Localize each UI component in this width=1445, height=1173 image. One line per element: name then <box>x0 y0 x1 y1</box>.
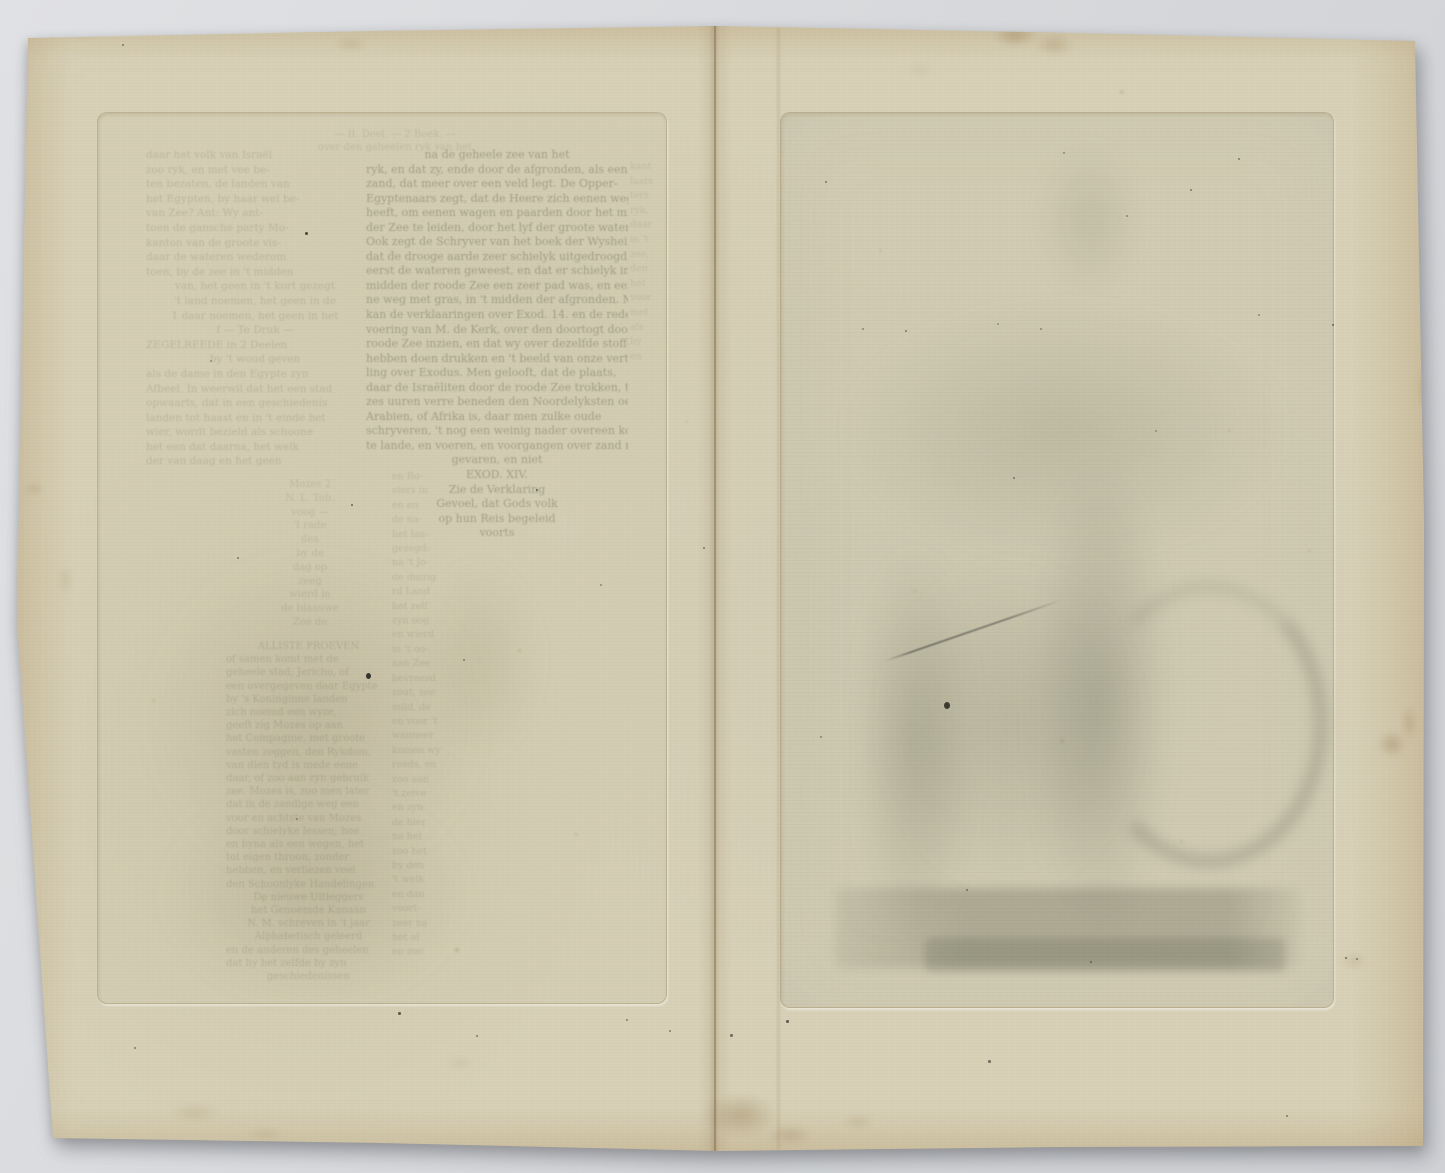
ghost-text-line: landen tot haast en in 't einde het <box>146 411 364 426</box>
ghost-text-line: opwaarts, dat in een geschiedenis <box>146 396 364 411</box>
ghost-text-line: als de dame in den Egypte zyn <box>146 367 364 382</box>
folded-antique-sheet: — II. Deel. — 2 Boek. —over den geheelen… <box>0 0 1445 1173</box>
ink-speck <box>1063 152 1065 154</box>
ink-speck <box>944 702 950 709</box>
ghost-text-line: zand, dat meer over een veld legt. De Op… <box>366 177 628 192</box>
ink-speck <box>988 1060 991 1063</box>
ghost-text-line: ZEGELREEDE in 2 Deelen <box>146 338 364 353</box>
foxing-dot <box>575 833 578 836</box>
ghost-text-line: te lande, en voeren, en voorgangen over … <box>366 439 628 454</box>
ghost-text-fold-fragments: kantlaatstersryk,daarin 'tzee,denhetvoor… <box>630 160 664 364</box>
foxing-dot <box>685 420 688 423</box>
ink-speck <box>862 328 864 330</box>
ghost-text-line: aan Zee <box>392 657 448 671</box>
ghost-text-line: ling over Exodus. Men gelooft, dat de pl… <box>366 366 628 381</box>
ink-speck <box>398 1012 401 1015</box>
ghost-text-line: een overgegeven daar Egypte <box>226 680 391 693</box>
foxing-stain <box>70 28 96 40</box>
ghost-text-line: by de <box>235 547 385 561</box>
ghost-text-line: voog — <box>235 506 385 520</box>
ghost-text-line: van Zee? Ant: Wy ant- <box>146 206 364 221</box>
ghost-text-line: dag op <box>235 561 385 575</box>
ghost-text-line: ten bezaten, de landen van <box>146 177 364 192</box>
ghost-text-line: zes uuren verre beneden den Noordelykste… <box>366 395 628 410</box>
ghost-text-line: mild, de <box>392 701 448 715</box>
ghost-text-line: 1 daar noemen, het geen in het <box>146 309 364 324</box>
ghost-text-line: gevaren, en niet <box>366 453 628 468</box>
ghost-text-line: 't rade <box>235 519 385 533</box>
ghost-image-crescent-arc <box>1090 580 1328 868</box>
ghost-text-line: by <box>630 335 664 350</box>
ink-speck <box>1126 215 1128 217</box>
ghost-text-line: vasten zeggen, den Rykdom, <box>226 746 391 759</box>
ghost-text-line: van dien tyd is mede eene <box>226 759 391 772</box>
ghost-text-line: voort- <box>392 902 448 916</box>
ghost-text-line: met <box>630 306 664 321</box>
ink-speck <box>927 1155 929 1157</box>
ghost-text-middle-list: Mozes 2N. L. Tob.voog —'t radedeaby deda… <box>235 478 385 630</box>
ghost-text-line: en byna als een wegen, het <box>226 838 391 851</box>
ghost-text-line: geeft zig Mozes op aan <box>226 719 391 732</box>
ink-speck <box>366 673 371 679</box>
ghost-text-line: en dan <box>392 888 448 902</box>
foxing-dot <box>152 699 155 702</box>
ghost-text-lower-column: ALLISTE PROEVENof samen komt met degehee… <box>226 640 391 983</box>
ghost-text-line: de hier <box>392 816 448 830</box>
ink-speck <box>905 330 907 332</box>
ghost-text-line: 't land noemen, het geen in de <box>146 294 364 309</box>
foxing-stain <box>440 1055 480 1071</box>
ghost-text-line: — II. Deel. — 2 Boek. — <box>230 128 560 141</box>
ghost-text-line: wanneer <box>392 729 448 743</box>
ghost-text-line: dat de drooge aarde zeer schielyk uitged… <box>366 250 628 265</box>
foxing-stain <box>55 560 75 600</box>
ink-speck <box>825 181 827 183</box>
ink-speck <box>786 1020 789 1023</box>
ghost-text-line: den Schoonlyke Handelingen <box>226 878 391 891</box>
ghost-text-line: 't welk <box>392 873 448 887</box>
foxing-stain <box>1336 950 1372 972</box>
ghost-text-line: als <box>630 321 664 336</box>
ghost-text-line: sters in <box>392 484 448 498</box>
foxing-stain <box>160 1100 230 1126</box>
ghost-text-line: gezegd: <box>392 542 448 556</box>
ghost-text-line: ne weg met gras, in 't midden der afgron… <box>366 293 628 308</box>
ghost-text-line: schryveren, 't nog een weinig nader over… <box>366 424 628 439</box>
ghost-text-line: van, het geen in 't kort gezegt <box>146 279 364 294</box>
ghost-text-line: by den <box>392 859 448 873</box>
ghost-text-line: kant <box>630 160 664 175</box>
ghost-text-line: De nieuwe Uitleggers <box>226 891 391 904</box>
ink-speck <box>237 557 239 559</box>
ghost-text-line: na 't Jo- <box>392 556 448 570</box>
ghost-text-line: eerst de wateren geweest, en dat er schi… <box>366 264 628 279</box>
secondary-crease <box>777 28 780 1150</box>
ghost-text-line: na de geheele zee van het <box>366 148 628 163</box>
ghost-text-line: laats <box>630 175 664 190</box>
ghost-text-line: het zelf <box>392 600 448 614</box>
ink-speck <box>820 736 822 738</box>
ghost-text-line: hebben doen drukken en 't beeld van onze… <box>366 352 628 367</box>
ghost-text-line: zout, zee <box>392 686 448 700</box>
ghost-text-line: en zyn <box>392 801 448 815</box>
ghost-text-edge-column: en Ro-sters inen ende na-het lan-gezegd:… <box>392 470 448 960</box>
ghost-text-line: en wierd <box>392 628 448 642</box>
ink-speck <box>351 504 353 506</box>
foxing-stain <box>1415 360 1429 420</box>
ghost-text-line: en zoo <box>392 945 448 959</box>
ghost-text-line: zee. Mozes is, zoo men later <box>226 785 391 798</box>
ghost-image-bottom-band-dark <box>925 938 1285 972</box>
ink-speck <box>536 489 538 491</box>
ghost-text-line: Mozes 2 <box>235 478 385 492</box>
ink-speck <box>1286 1115 1288 1117</box>
ghost-text-line: geschiedenissen <box>226 970 391 983</box>
foxing-dot <box>390 250 393 253</box>
photo-background: — II. Deel. — 2 Boek. —over den geheelen… <box>0 0 1445 1173</box>
ink-speck <box>966 889 968 891</box>
ghost-text-line: het een dat daarna, het welk <box>146 440 364 455</box>
ghost-text-line: de duizig <box>392 571 448 585</box>
ghost-text-line: dat in de zandige weg een <box>226 798 391 811</box>
ghost-text-line: het <box>630 277 664 292</box>
ink-speck <box>1040 328 1042 330</box>
ghost-text-line: reeds, en <box>392 758 448 772</box>
foxing-dot <box>518 649 521 652</box>
ghost-text-line: voor <box>630 291 664 306</box>
ghost-text-line: zoo aan <box>392 773 448 787</box>
ghost-text-line: voering van M. de Kerk, over den doortog… <box>366 323 628 338</box>
ghost-text-line: zoo het <box>392 845 448 859</box>
foxing-stain <box>330 36 372 52</box>
ghost-text-line: de blaauwe <box>235 602 385 616</box>
ghost-text-line: zich noemd een wyze, <box>226 706 391 719</box>
ghost-text-line: der van daag en het geen <box>146 454 364 469</box>
ghost-text-line: dea <box>235 533 385 547</box>
ghost-text-line: door schielyke lessen; hoe <box>226 825 391 838</box>
ghost-text-line: zoo ryk, en met vee be- <box>146 163 364 178</box>
ghost-text-line: na het <box>392 830 448 844</box>
ghost-text-line: Ook zegt de Schryver van het boek der Wy… <box>366 235 628 250</box>
ghost-text-line: roode Zee inzien, en dat wy over dezelfd… <box>366 337 628 352</box>
ghost-text-line: het Genoemde Kanaän <box>226 904 391 917</box>
ghost-text-line: der Zee te leiden, door het lyf der groo… <box>366 221 628 236</box>
ghost-text-line: hebben, en verliezen veel <box>226 864 391 877</box>
ghost-text-line: voor en achtste van Mozes <box>226 812 391 825</box>
ghost-text-line: Arabien, of Afrika is, daar men zulke ou… <box>366 410 628 425</box>
foxing-dot <box>455 948 459 952</box>
ghost-text-line: en en <box>392 499 448 513</box>
foxing-dot <box>1060 739 1064 743</box>
foxing-stain <box>1028 30 1080 60</box>
ghost-text-line: het lan- <box>392 528 448 542</box>
ink-speck <box>296 818 298 820</box>
foxing-stain <box>900 60 940 80</box>
ink-speck <box>210 360 212 362</box>
ink-speck <box>1345 957 1347 959</box>
foxing-stain <box>760 1120 820 1150</box>
ink-speck <box>463 659 465 661</box>
ghost-text-line: ALLISTE PROEVEN <box>226 640 391 653</box>
ink-speck <box>1013 477 1015 479</box>
ink-speck <box>1332 324 1334 326</box>
ghost-text-line: daar de wateren wederom <box>146 250 364 265</box>
ghost-text-line: kanton van de groote vis- <box>146 236 364 251</box>
center-fold-crease <box>714 24 716 1152</box>
ghost-text-line: in 't oo- <box>392 643 448 657</box>
ghost-text-line: N. L. Tob. <box>235 492 385 506</box>
ghost-text-line: 't zelve <box>392 787 448 801</box>
ghost-text-line: kan de verklaaringen over Exod. 14. en d… <box>366 308 628 323</box>
ink-speck <box>600 584 602 586</box>
ghost-text-line: komen wy <box>392 744 448 758</box>
foxing-dot <box>1308 549 1311 552</box>
sheet-shadow: — II. Deel. — 2 Boek. —over den geheelen… <box>0 0 1445 1173</box>
ghost-text-line: en voor 't <box>392 715 448 729</box>
ink-speck <box>626 1019 628 1021</box>
foxing-dot <box>879 249 882 252</box>
foxing-stain <box>20 480 48 498</box>
ghost-text-line: zee, <box>630 248 664 263</box>
ink-speck <box>703 547 705 549</box>
ghost-text-line: het Compagnie, met groote <box>226 732 391 745</box>
ink-speck <box>669 1030 671 1032</box>
foxing-dot <box>1228 429 1231 432</box>
ghost-text-line: den <box>630 262 664 277</box>
ghost-text-line: zeeg <box>235 575 385 589</box>
ghost-text-line: Zee de <box>235 616 385 630</box>
ink-speck <box>1090 961 1092 963</box>
ink-speck <box>1356 958 1358 960</box>
ghost-text-line: tot eigen throon, zonder <box>226 851 391 864</box>
ghost-text-line: toen, by de zee in 't midden <box>146 265 364 280</box>
ghost-text-line: by 's Koninginne landen <box>226 693 391 706</box>
ghost-text-line: rd Land <box>392 585 448 599</box>
foxing-dot <box>262 899 265 902</box>
ghost-text-line: zeer na <box>392 917 448 931</box>
ink-speck <box>122 44 124 46</box>
ghost-text-line: daar <box>630 218 664 233</box>
ghost-text-line: Egyptenaars zegt, dat de Heere zich eene… <box>366 192 628 207</box>
ghost-text-line: en de anderen des geheelen <box>226 944 391 957</box>
ghost-text-line: daar het volk van Israël <box>146 148 364 163</box>
ghost-text-line: en Ro- <box>392 470 448 484</box>
foxing-dot <box>1120 90 1124 94</box>
ghost-text-line: dat hy het zelfde by zyn <box>226 957 391 970</box>
ghost-text-line: bevreesd <box>392 672 448 686</box>
ghost-text-line: in 't <box>630 233 664 248</box>
ink-speck <box>1155 430 1157 432</box>
ghost-text-line: N. M. schreven in 't jaar <box>226 917 391 930</box>
ink-speck <box>730 1034 733 1037</box>
ghost-text-line: zyn oog <box>392 614 448 628</box>
foxing-stain <box>240 1125 290 1143</box>
ghost-text-line: wier, wordt bezield als schoone <box>146 425 364 440</box>
ghost-text-line: Alphabetisch geleerd <box>226 930 391 943</box>
ghost-text-line: daar de Israëliten door de roode Zee tro… <box>366 381 628 396</box>
ghost-text-line: en <box>630 350 664 365</box>
ghost-text-line: het al <box>392 931 448 945</box>
ghost-text-line: ryk, <box>630 204 664 219</box>
ghost-text-line: wierd in <box>235 588 385 602</box>
ghost-text-line: f — Te Druk — <box>146 323 364 338</box>
ink-speck <box>134 1047 136 1049</box>
ghost-text-line: of samen komt met de <box>226 653 391 666</box>
ink-speck <box>1190 189 1192 191</box>
ink-speck <box>476 1035 478 1037</box>
ink-speck <box>1258 314 1260 316</box>
ghost-text-line: het Egypten, by haar wel be- <box>146 192 364 207</box>
ghost-text-line: toen de gansche party Mo- <box>146 221 364 236</box>
ghost-image-top-blob <box>1035 140 1145 300</box>
ink-speck <box>305 232 308 235</box>
ghost-text-line: Afbeel. In weerwil dat het een stad <box>146 382 364 397</box>
ghost-text-left-column: daar het volk van Israëlzoo ryk, en met … <box>146 148 364 469</box>
foxing-dot <box>1180 840 1183 843</box>
ghost-text-line: heeft, om eenen wagen en paarden door he… <box>366 206 628 221</box>
ghost-text-line: de na- <box>392 513 448 527</box>
ghost-text-line: ters <box>630 189 664 204</box>
ghost-text-line: daar, of zoo aan zyn gebruik <box>226 772 391 785</box>
ink-speck <box>1238 158 1240 160</box>
ghost-text-line: midden der roode Zee een zeer pad was, e… <box>366 279 628 294</box>
ink-speck <box>997 323 999 325</box>
ghost-text-line: ryk, en dat zy, ende door de afgronden, … <box>366 163 628 178</box>
foxing-stain <box>1398 700 1420 746</box>
foxing-stain <box>836 1112 880 1132</box>
ghost-text-line: by 't woud geven <box>146 352 364 367</box>
foxing-dot <box>913 590 916 593</box>
